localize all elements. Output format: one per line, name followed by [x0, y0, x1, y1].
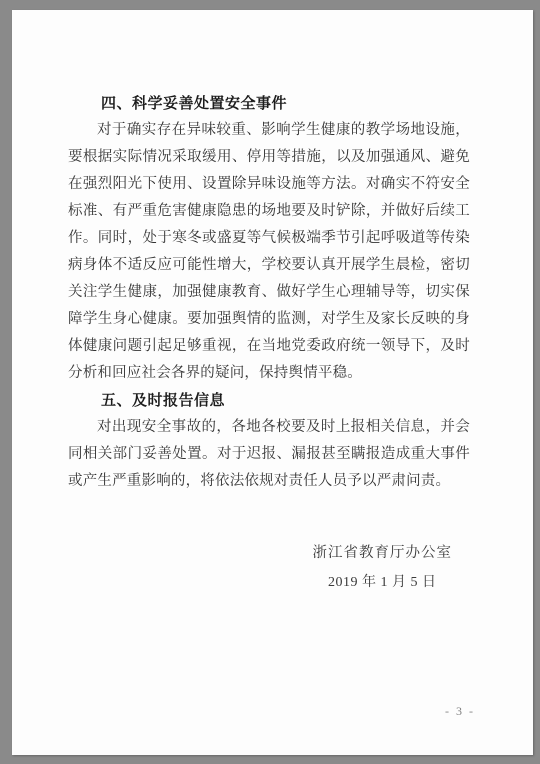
- page-number: - 3 -: [445, 704, 475, 719]
- signature-date: 2019 年 1 月 5 日: [313, 568, 453, 598]
- signature-organization: 浙江省教育厅办公室: [313, 538, 453, 568]
- section-4-paragraph: 对于确实存在异味较重、影响学生健康的教学场地设施，要根据实际情况采取缓用、停用等…: [68, 117, 470, 387]
- section-5-paragraph: 对出现安全事故的，各地各校要及时上报相关信息，并会同相关部门妥善处置。对于迟报、…: [68, 414, 470, 495]
- document-viewer-canvas: 四、科学妥善处置安全事件 对于确实存在异味较重、影响学生健康的教学场地设施，要根…: [0, 0, 540, 764]
- document-page: 四、科学妥善处置安全事件 对于确实存在异味较重、影响学生健康的教学场地设施，要根…: [12, 10, 533, 755]
- page-content: 四、科学妥善处置安全事件 对于确实存在异味较重、影响学生健康的教学场地设施，要根…: [12, 10, 533, 755]
- signature-block: 浙江省教育厅办公室 2019 年 1 月 5 日: [313, 538, 453, 598]
- section-heading-4: 四、科学妥善处置安全事件: [68, 90, 470, 117]
- section-heading-5: 五、及时报告信息: [68, 387, 470, 414]
